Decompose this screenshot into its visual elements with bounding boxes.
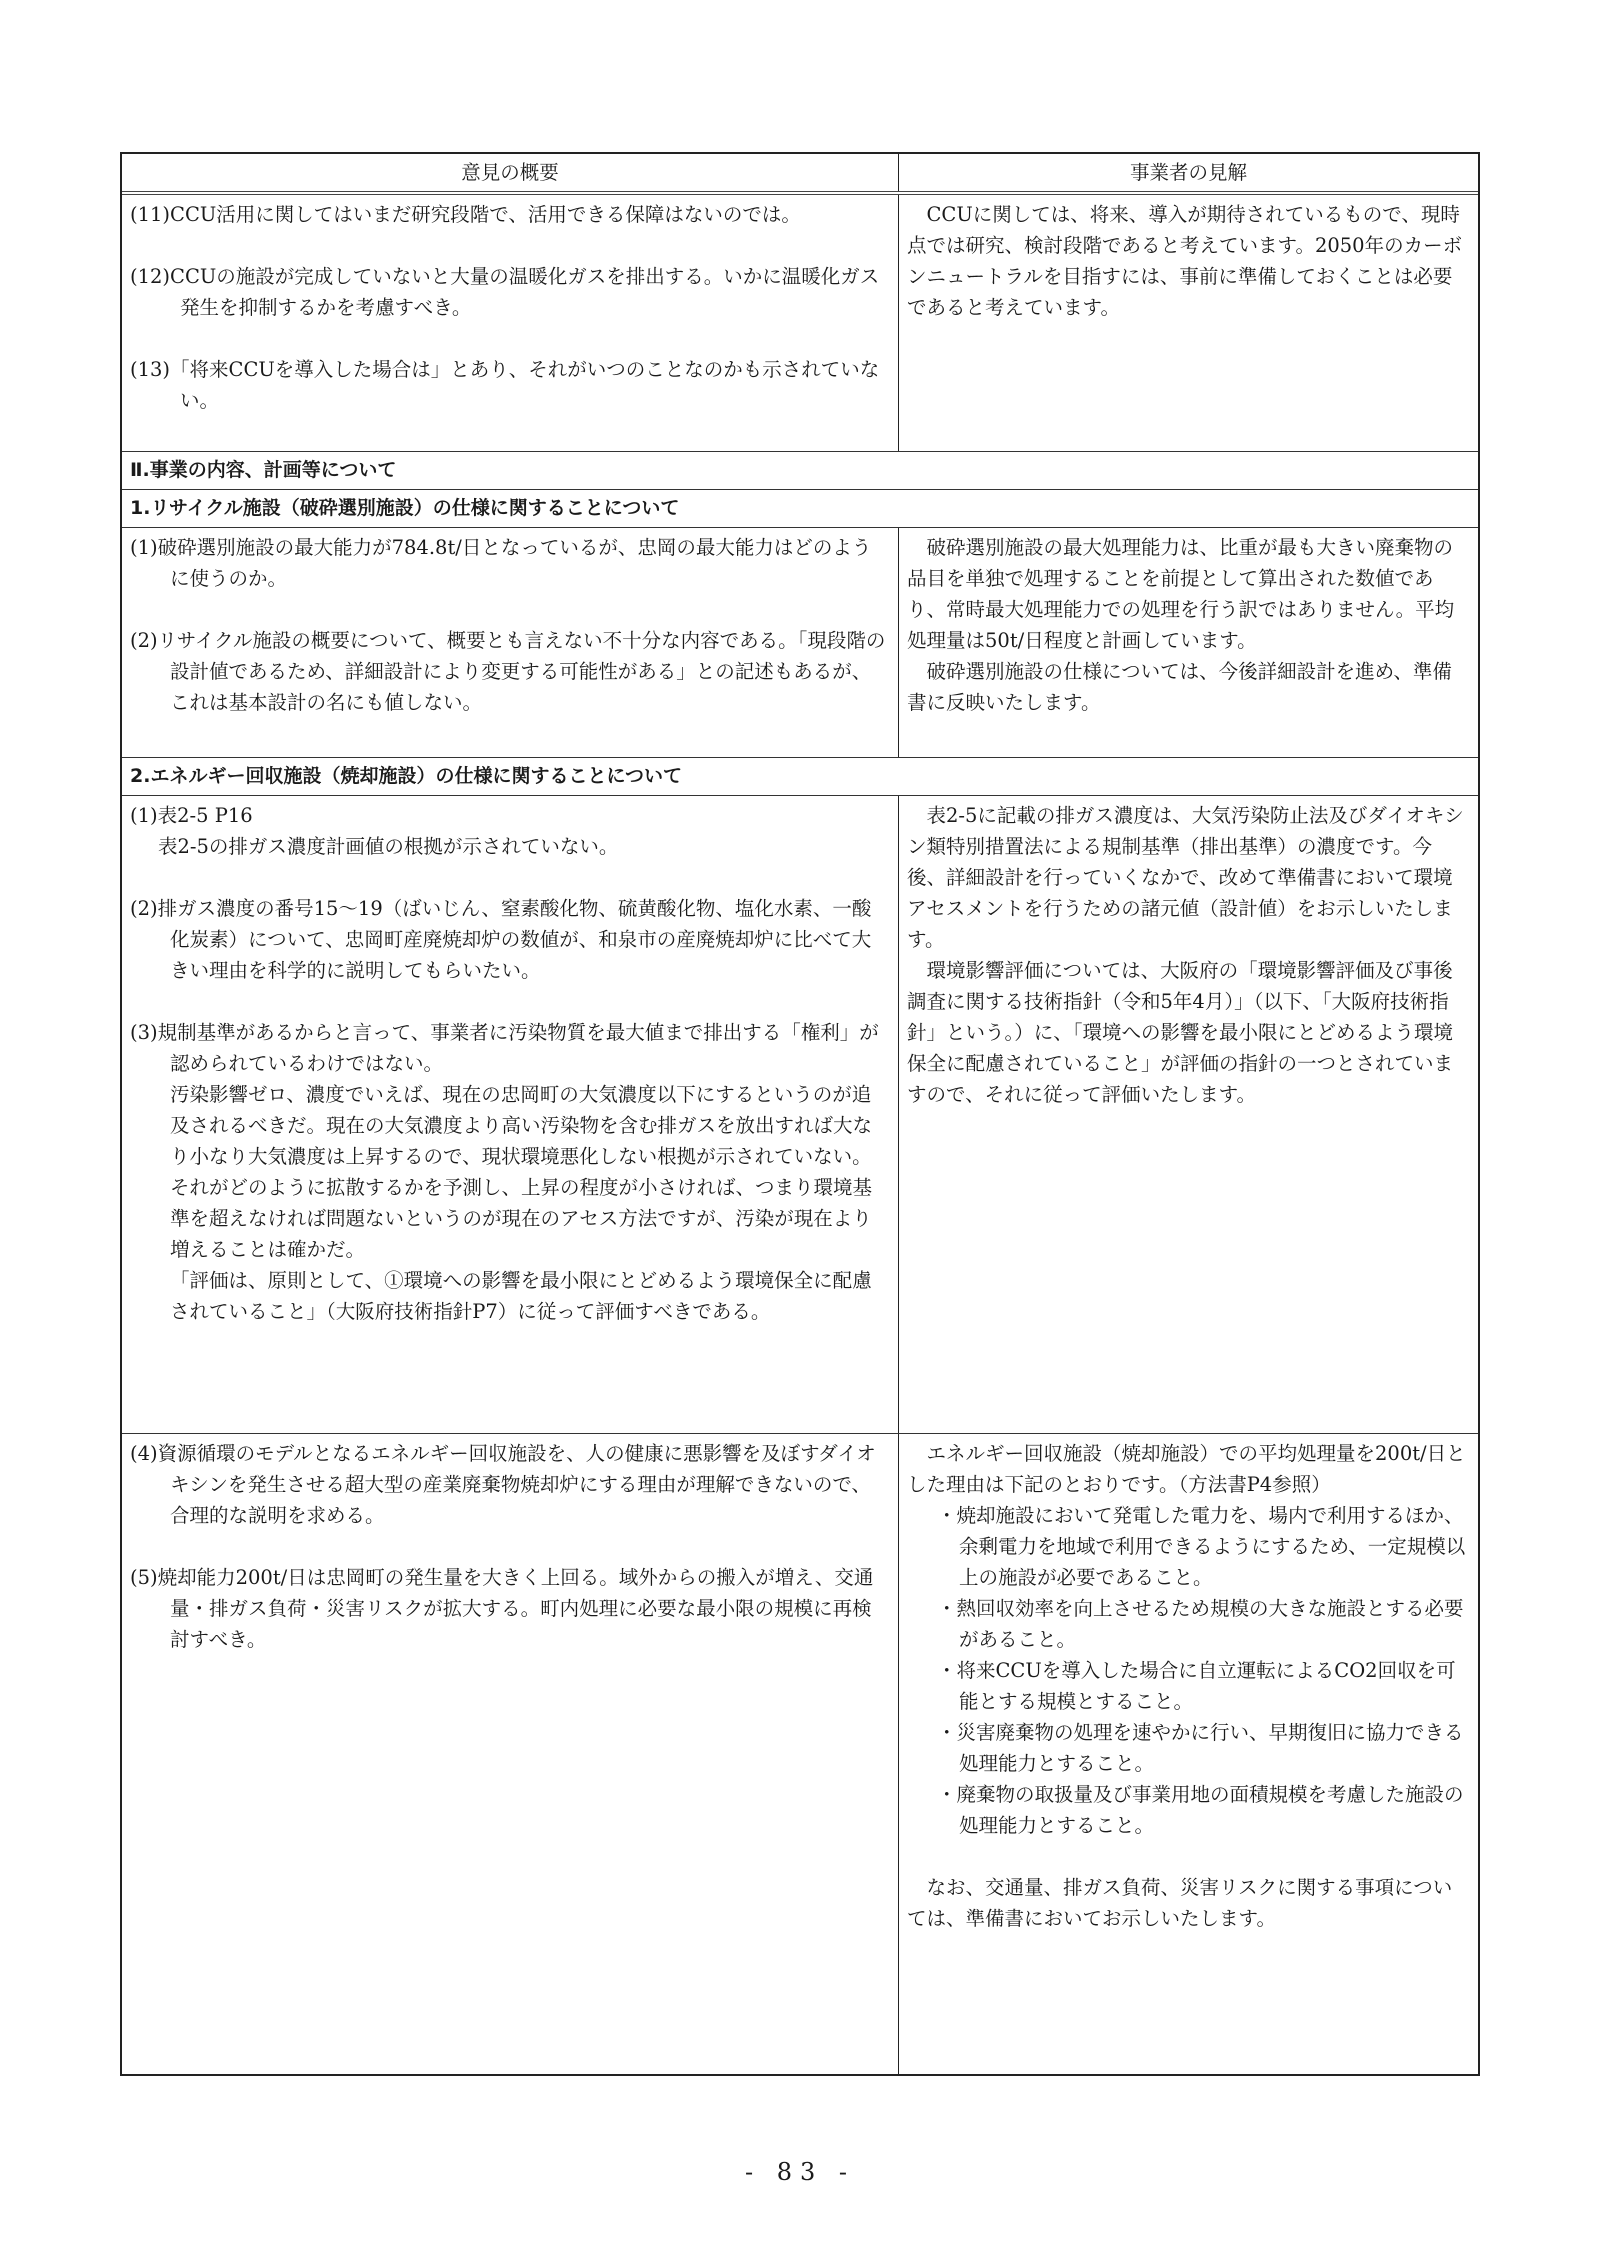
opinion-item-3: (3)規制基準があるからと言って、事業者に汚染物質を最大値まで排出する「権利」が… <box>130 1017 890 1079</box>
opinion-cell: (4)資源循環のモデルとなるエネルギー回収施設を、人の健康に悪影響を及ぼすダイオ… <box>122 1434 899 2074</box>
response-bullet-3: ・将来CCUを導入した場合に自立運転によるCO2回収を可能とする規模とすること。 <box>907 1655 1470 1717</box>
opinion-item-4: (4)資源循環のモデルとなるエネルギー回収施設を、人の健康に悪影響を及ぼすダイオ… <box>130 1438 890 1531</box>
response-intro: エネルギー回収施設（焼却施設）での平均処理量を200t/日とした理由は下記のとお… <box>907 1438 1470 1500</box>
table-row-ccu: (11)CCU活用に関してはいまだ研究段階で、活用できる保障はないのでは。 (1… <box>122 191 1478 451</box>
response-paragraph-1: 表2-5に記載の排ガス濃度は、大気汚染防止法及びダイオキシン類特別措置法による規… <box>907 800 1470 955</box>
subsection-title-row: 2.エネルギー回収施設（焼却施設）の仕様に関することについて <box>122 757 1478 795</box>
opinion-item-3-para-1: 汚染影響ゼロ、濃度でいえば、現在の忠岡町の大気濃度以下にするというのが追及される… <box>130 1079 890 1172</box>
response-cell: エネルギー回収施設（焼却施設）での平均処理量を200t/日とした理由は下記のとお… <box>899 1434 1478 2074</box>
response-cell: CCUに関しては、将来、導入が期待されているもので、現時点では研究、検討段階であ… <box>899 195 1478 451</box>
response-bullet-1: ・焼却施設において発電した電力を、場内で利用するほか、余剰電力を地域で利用できる… <box>907 1500 1470 1593</box>
section-title-row: Ⅱ.事業の内容、計画等について <box>122 451 1478 489</box>
header-operator-view: 事業者の見解 <box>899 154 1478 191</box>
subsection-title-row: 1.リサイクル施設（破砕選別施設）の仕様に関することについて <box>122 489 1478 527</box>
response-paragraph-1: 破砕選別施設の最大処理能力は、比重が最も大きい廃棄物の品目を単独で処理することを… <box>907 532 1470 656</box>
opinion-item-1-body: 表2-5の排ガス濃度計画値の根拠が示されていない。 <box>130 831 890 862</box>
opinion-item-12: (12)CCUの施設が完成していないと大量の温暖化ガスを排出する。いかに温暖化ガ… <box>130 261 890 323</box>
response-cell: 破砕選別施設の最大処理能力は、比重が最も大きい廃棄物の品目を単独で処理することを… <box>899 528 1478 757</box>
opinion-item-3-para-2: それがどのように拡散するかを予測し、上昇の程度が小さければ、つまり環境基準を超え… <box>130 1172 890 1265</box>
opinion-response-table: 意見の概要 事業者の見解 (11)CCU活用に関してはいまだ研究段階で、活用でき… <box>120 152 1480 2076</box>
table-header-row: 意見の概要 事業者の見解 <box>122 154 1478 191</box>
opinion-cell: (11)CCU活用に関してはいまだ研究段階で、活用できる保障はないのでは。 (1… <box>122 195 899 451</box>
response-bullet-5: ・廃棄物の取扱量及び事業用地の面積規模を考慮した施設の処理能力とすること。 <box>907 1779 1470 1841</box>
opinion-item-5: (5)焼却能力200t/日は忠岡町の発生量を大きく上回る。域外からの搬入が増え、… <box>130 1562 890 1655</box>
response-text: CCUに関しては、将来、導入が期待されているもので、現時点では研究、検討段階であ… <box>907 199 1470 323</box>
opinion-item-3-para-3: 「評価は、原則として、①環境への影響を最小限にとどめるよう環境保全に配慮されてい… <box>130 1265 890 1327</box>
opinion-item-1-head: (1)表2-5 P16 <box>130 800 890 831</box>
response-paragraph-2: 環境影響評価については、大阪府の「環境影響評価及び事後調査に関する技術指針（令和… <box>907 955 1470 1110</box>
opinion-item-11: (11)CCU活用に関してはいまだ研究段階で、活用できる保障はないのでは。 <box>130 199 890 230</box>
opinion-item-2: (2)排ガス濃度の番号15～19（ばいじん、窒素酸化物、硫黄酸化物、塩化水素、一… <box>130 893 890 986</box>
opinion-item-13: (13)「将来CCUを導入した場合は」とあり、それがいつのことなのかも示されてい… <box>130 354 890 416</box>
response-bullet-4: ・災害廃棄物の処理を速やかに行い、早期復旧に協力できる処理能力とすること。 <box>907 1717 1470 1779</box>
header-opinion-summary: 意見の概要 <box>122 154 899 191</box>
opinion-cell: (1)表2-5 P16 表2-5の排ガス濃度計画値の根拠が示されていない。 (2… <box>122 796 899 1433</box>
table-row-recycling: (1)破砕選別施設の最大能力が784.8t/日となっているが、忠岡の最大能力はど… <box>122 527 1478 757</box>
response-paragraph-2: 破砕選別施設の仕様については、今後詳細設計を進め、準備書に反映いたします。 <box>907 656 1470 718</box>
response-cell: 表2-5に記載の排ガス濃度は、大気汚染防止法及びダイオキシン類特別措置法による規… <box>899 796 1478 1433</box>
opinion-item-1: (1)破砕選別施設の最大能力が784.8t/日となっているが、忠岡の最大能力はど… <box>130 532 890 594</box>
response-closing: なお、交通量、排ガス負荷、災害リスクに関する事項については、準備書においてお示し… <box>907 1872 1470 1934</box>
table-row-emissions: (1)表2-5 P16 表2-5の排ガス濃度計画値の根拠が示されていない。 (2… <box>122 795 1478 1433</box>
subsection-title-recycling: 1.リサイクル施設（破砕選別施設）の仕様に関することについて <box>122 490 1478 527</box>
opinion-item-2: (2)リサイクル施設の概要について、概要とも言えない不十分な内容である。「現段階… <box>130 625 890 718</box>
opinion-cell: (1)破砕選別施設の最大能力が784.8t/日となっているが、忠岡の最大能力はど… <box>122 528 899 757</box>
page-number: - 83 - <box>0 2158 1600 2186</box>
subsection-title-energy-recovery: 2.エネルギー回収施設（焼却施設）の仕様に関することについて <box>122 758 1478 795</box>
response-bullet-2: ・熱回収効率を向上させるため規模の大きな施設とする必要があること。 <box>907 1593 1470 1655</box>
table-row-capacity: (4)資源循環のモデルとなるエネルギー回収施設を、人の健康に悪影響を及ぼすダイオ… <box>122 1433 1478 2074</box>
section-title: Ⅱ.事業の内容、計画等について <box>122 452 1478 489</box>
